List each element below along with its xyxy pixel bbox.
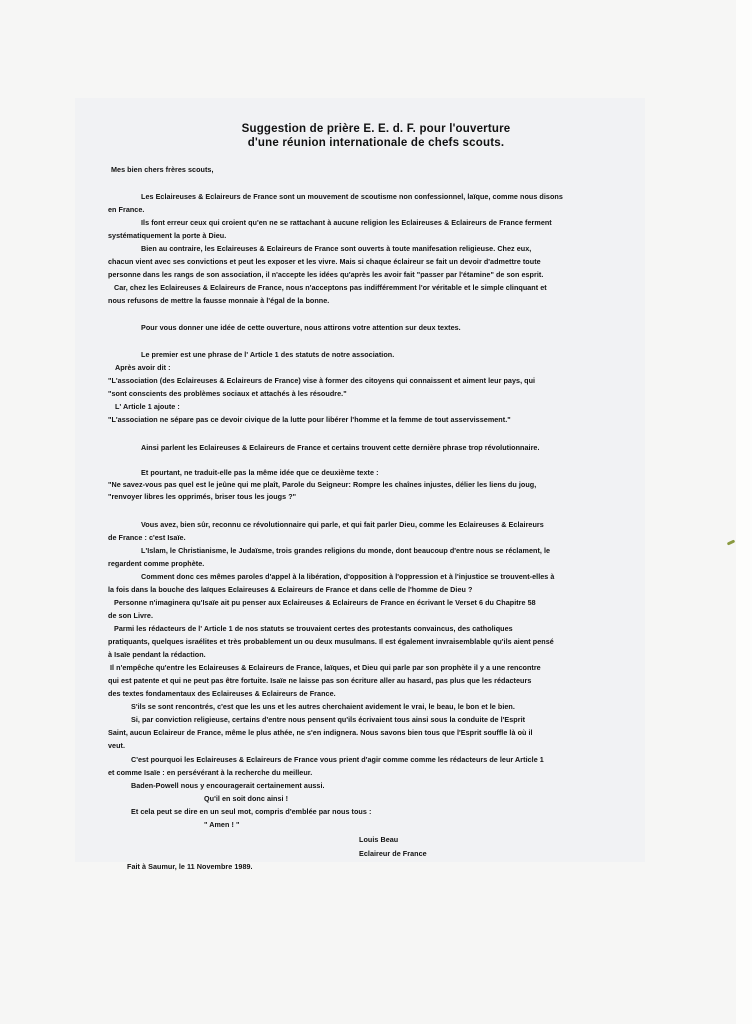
text-line: "L'association (des Eclaireuses & Eclair… (108, 377, 535, 384)
text-line: regardent comme prophète. (108, 560, 204, 567)
text-line: C'est pourquoi les Eclaireuses & Eclaire… (131, 756, 544, 763)
text-line: Et cela peut se dire en un seul mot, com… (131, 808, 371, 815)
text-line: Car, chez les Eclaireuses & Eclaireurs d… (114, 284, 547, 291)
document-title-line-1: Suggestion de prière E. E. d. F. pour l'… (0, 124, 752, 136)
letter-page: Suggestion de prière E. E. d. F. pour l'… (0, 0, 752, 1024)
text-line: de son Livre. (108, 612, 153, 619)
salutation: Mes bien chers frères scouts, (111, 166, 214, 173)
signature-title: Eclaireur de France (359, 850, 427, 857)
text-line: en France. (108, 206, 144, 213)
amen-line: " Amen ! " (204, 821, 239, 828)
text-line: Qu'il en soit donc ainsi ! (204, 795, 288, 802)
text-line: Ils font erreur ceux qui croient qu'en n… (141, 219, 552, 226)
text-line: "sont conscients des problèmes sociaux e… (108, 390, 347, 397)
text-line: Pour vous donner une idée de cette ouver… (141, 324, 461, 331)
text-line: "L'association ne sépare pas ce devoir c… (108, 416, 511, 423)
text-line: systématiquement la porte à Dieu. (108, 232, 226, 239)
text-line: Ainsi parlent les Eclaireuses & Eclaireu… (141, 444, 540, 451)
text-line: L' Article 1 ajoute : (115, 403, 180, 410)
text-line: pratiquants, quelques israélites et très… (108, 638, 554, 645)
text-line: Baden-Powell nous y encouragerait certai… (131, 782, 325, 789)
text-line: qui est patente et qui ne peut pas être … (108, 677, 531, 684)
text-line: "Ne savez-vous pas quel est le jeûne qui… (108, 481, 536, 488)
text-line: Le premier est une phrase de l' Article … (141, 351, 394, 358)
text-line: des textes fondamentaux des Eclaireuses … (108, 690, 336, 697)
text-line: nous refusons de mettre la fausse monnai… (108, 297, 329, 304)
text-line: Bien au contraire, les Eclaireuses & Ecl… (141, 245, 531, 252)
text-line: Personne n'imaginera qu'Isaïe ait pu pen… (114, 599, 536, 606)
text-line: S'ils se sont rencontrés, c'est que les … (131, 703, 515, 710)
text-line: la fois dans la bouche des laïques Eclai… (108, 586, 472, 593)
text-line: Vous avez, bien sûr, reconnu ce révoluti… (141, 521, 544, 528)
text-line: Si, par conviction religieuse, certains … (131, 716, 525, 723)
document-title-line-2: d'une réunion internationale de chefs sc… (0, 138, 752, 150)
text-line: et comme Isaïe : en persévérant à la rec… (108, 769, 312, 776)
text-line: personne dans les rangs de son associati… (108, 271, 543, 278)
text-line: Il n'empêche qu'entre les Eclaireuses & … (110, 664, 541, 671)
text-line: veut. (108, 742, 125, 749)
text-line: L'Islam, le Christianisme, le Judaïsme, … (141, 547, 550, 554)
text-line: Et pourtant, ne traduit-elle pas la même… (141, 469, 379, 476)
text-line: Les Eclaireuses & Eclaireurs de France s… (141, 193, 563, 200)
text-line: Saint, aucun Eclaireur de France, même l… (108, 729, 533, 736)
text-line: Parmi les rédacteurs de l' Article 1 de … (114, 625, 513, 632)
text-line: Après avoir dit : (115, 364, 171, 371)
date-line: Fait à Saumur, le 11 Novembre 1989. (127, 863, 253, 870)
text-line: à Isaïe pendant la rédaction. (108, 651, 206, 658)
text-line: "renvoyer libres les opprimés, briser to… (108, 493, 296, 500)
text-line: chacun vient avec ses convictions et peu… (108, 258, 541, 265)
text-line: de France : c'est Isaïe. (108, 534, 186, 541)
text-line: Comment donc ces mêmes paroles d'appel à… (141, 573, 554, 580)
signature-name: Louis Beau (359, 836, 398, 843)
